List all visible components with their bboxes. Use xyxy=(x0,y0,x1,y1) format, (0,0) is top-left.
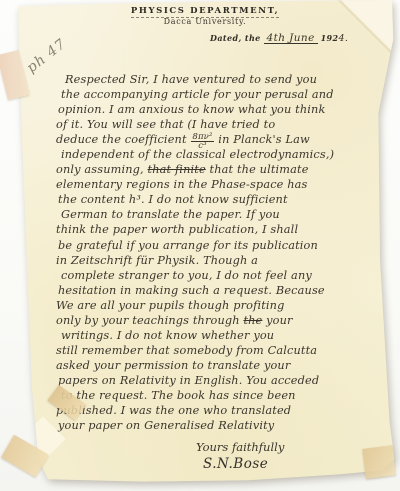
tape-piece-bottom-right xyxy=(362,445,395,478)
letter-line: Respected Sir, I have ventured to send y… xyxy=(65,72,356,87)
handwritten-text: papers on Relativity in English. You acc… xyxy=(58,374,319,387)
handwritten-text: be grateful if you arrange for its publi… xyxy=(58,239,318,252)
letter-line: elementary regions in the Phase-space ha… xyxy=(56,177,356,192)
handwritten-text: think the paper worth publication, I sha… xyxy=(56,223,298,236)
handwritten-text: deduce the coefficient xyxy=(56,133,190,146)
letter-line: complete stranger to you, I do not feel … xyxy=(61,268,356,283)
signature: S.N.Bose xyxy=(203,456,268,472)
handwritten-text: that the ultimate xyxy=(206,163,309,176)
handwritten-text: your xyxy=(262,314,292,327)
letter-line: only assuming, that finite that the ulti… xyxy=(56,162,356,177)
date-line: Dated, the 4th June 1924. xyxy=(210,33,348,44)
handwritten-text: in Zeitschrift für Physik. Though a xyxy=(56,254,258,267)
paper-shadow-wrap: PHYSICS DEPARTMENT, Dacca University. Da… xyxy=(0,0,400,491)
closing-line: Yours faithfully xyxy=(196,440,284,454)
handwritten-text: hesitation in making such a request. Bec… xyxy=(58,284,325,297)
letter-line: deduce the coefficient 8πν²c³ in Planck'… xyxy=(56,132,356,147)
handwritten-text: writings. I do not know whether you xyxy=(61,329,274,342)
letter-line: your paper on Generalised Relativity xyxy=(58,418,356,433)
struck-out-text: the xyxy=(243,314,262,327)
handwritten-text: Respected Sir, I have ventured to send y… xyxy=(65,73,317,86)
handwritten-text: German to translate the paper. If you xyxy=(61,208,280,221)
letterhead-university: Dacca University. xyxy=(105,17,305,26)
handwritten-text: elementary regions in the Phase-space ha… xyxy=(56,178,308,191)
letter-line: We are all your pupils though profiting xyxy=(56,298,356,313)
handwritten-text: We are all your pupils though profiting xyxy=(56,299,284,312)
letterhead-department: PHYSICS DEPARTMENT, xyxy=(105,6,305,16)
handwritten-text: to the request. The book has since been xyxy=(61,389,296,402)
letter-line: to the request. The book has since been xyxy=(61,388,356,403)
handwritten-text: published. I was the one who translated xyxy=(56,404,291,417)
letter-line: writings. I do not know whether you xyxy=(61,328,356,343)
letter-line: think the paper worth publication, I sha… xyxy=(56,222,356,237)
letter-line: published. I was the one who translated xyxy=(56,403,356,418)
letter-line: hesitation in making such a request. Bec… xyxy=(58,283,356,298)
handwritten-text: complete stranger to you, I do not feel … xyxy=(61,269,312,282)
handwritten-text: asked your permission to translate your xyxy=(56,359,290,372)
letter-line: the accompanying article for your perusa… xyxy=(61,87,356,102)
date-handwritten: 4th June xyxy=(264,34,318,44)
archive-pencil-mark: ph 47 xyxy=(24,36,70,76)
letter-line: opinion. I am anxious to know what you t… xyxy=(58,102,356,117)
letter-line: German to translate the paper. If you xyxy=(61,207,356,222)
letter-line: be grateful if you arrange for its publi… xyxy=(58,238,356,253)
letter-line: asked your permission to translate your xyxy=(56,358,356,373)
handwritten-text: the accompanying article for your perusa… xyxy=(61,88,334,101)
handwritten-text: still remember that somebody from Calcut… xyxy=(56,344,317,357)
letter-line: in Zeitschrift für Physik. Though a xyxy=(56,253,356,268)
scanned-letter-page: PHYSICS DEPARTMENT, Dacca University. Da… xyxy=(0,0,400,491)
letter-paper: PHYSICS DEPARTMENT, Dacca University. Da… xyxy=(0,0,400,491)
letter-line: only by your teachings through the your xyxy=(56,313,356,328)
letter-line: the content h³. I do not know sufficient xyxy=(58,192,356,207)
handwritten-text: opinion. I am anxious to know what you t… xyxy=(58,103,325,116)
date-prefix: Dated, the xyxy=(210,33,261,43)
handwritten-text: of it. You will see that (I have tried t… xyxy=(56,118,275,131)
letter-body: Respected Sir, I have ventured to send y… xyxy=(56,72,356,433)
letter-line: papers on Relativity in English. You acc… xyxy=(58,373,356,388)
corner-fold-top-right xyxy=(336,0,400,62)
handwritten-text: your paper on Generalised Relativity xyxy=(58,419,274,432)
handwritten-text: only by your teachings through xyxy=(56,314,243,327)
struck-out-text: that finite xyxy=(148,163,206,176)
handwritten-text: in Planck's Law xyxy=(215,133,310,146)
handwritten-text: the content h³. I do not know sufficient xyxy=(58,193,288,206)
letter-line: of it. You will see that (I have tried t… xyxy=(56,117,356,132)
letter-line: independent of the classical electrodyna… xyxy=(61,147,356,162)
handwritten-text: only assuming, xyxy=(56,163,148,176)
letter-line: still remember that somebody from Calcut… xyxy=(56,343,356,358)
handwritten-text: independent of the classical electrodyna… xyxy=(61,148,334,161)
